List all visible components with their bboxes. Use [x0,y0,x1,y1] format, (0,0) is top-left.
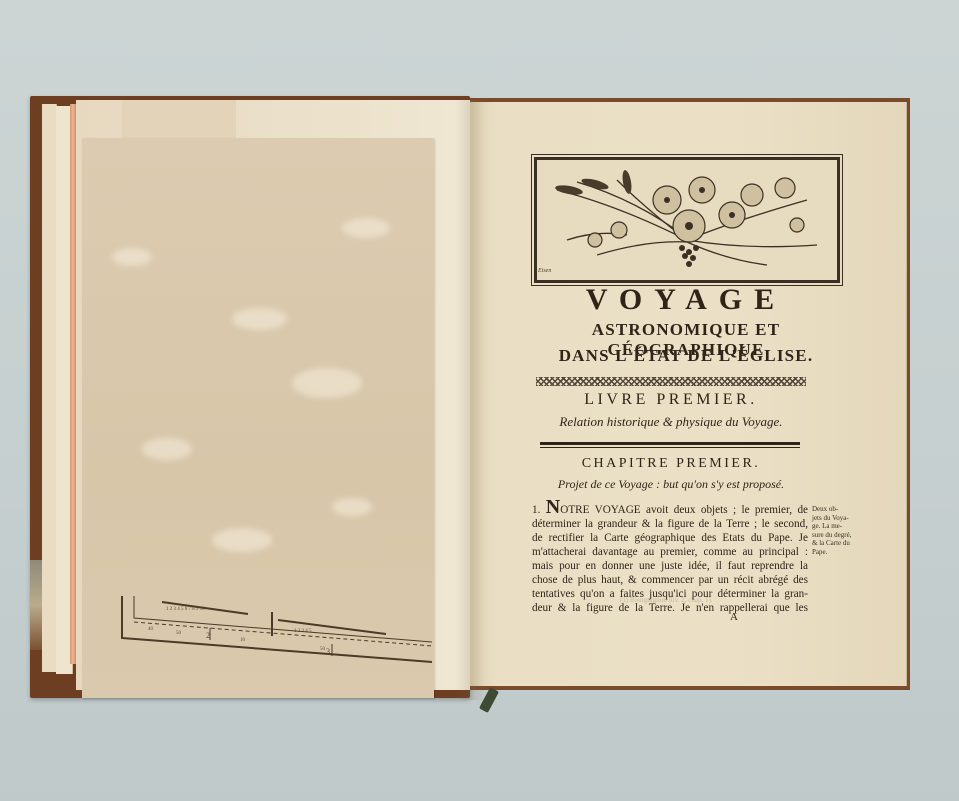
margin-note-line: & la Carte du [812,539,864,548]
foxing-spot [332,498,372,516]
foxing-spot [112,248,152,266]
margin-note: Deux ob- jets du Voya- ge. La me- sure d… [812,505,864,556]
double-rule-divider [540,442,800,448]
title-subtitle-line-2: DANS L'ÉTAT DE L'ÉGLISE. [536,346,836,366]
body-line: déterminer la grandeur & la figure de la… [532,517,808,531]
svg-text:50: 50 [320,647,326,652]
svg-text:40: 40 [148,627,154,632]
gutter-shadow [455,100,485,700]
body-line: mais pour en donner une juste idée, il f… [532,559,808,573]
foxing-spot [342,218,390,238]
floral-headpiece-engraving [534,157,840,283]
svg-text:1 2 3 4 5: 1 2 3 4 5 [294,629,312,634]
margin-note-line: Pape. [812,548,864,557]
margin-note-line: jets du Voya- [812,514,864,523]
svg-text:1 2 3 4 5 6 7 8 9 10: 1 2 3 4 5 6 7 8 9 10 [166,607,205,612]
page-stack-edge [42,104,57,672]
paragraph-number: 1. [532,504,540,516]
svg-text:50: 50 [176,631,182,636]
margin-note-line: sure du degré, [812,531,864,540]
book-subheading: Relation historique & physique du Voyage… [536,414,806,430]
floral-bouquet-icon [537,160,837,280]
body-line: m'attacherai davantage au premier, comme… [532,545,808,559]
engraver-signature: Eisen [538,268,551,274]
chapter-heading: CHAPITRE PREMIER. [536,456,806,472]
printer-signature-mark: A [730,611,738,623]
body-line: chose de plus haut, & commencer par un r… [532,573,808,587]
foxing-spot [292,368,362,398]
scale-bar-graphic: 1 2 3 4 5 6 7 8 9 10 1 2 3 4 5 40 50 2 1… [120,592,432,668]
body-line: 1. NOTRE VOYAGE avoit deux objets ; le p… [532,500,808,517]
foxing-spot [212,528,272,552]
svg-text:3: 3 [326,647,330,656]
foxing-spot [142,438,192,460]
svg-text:2: 2 [206,631,210,640]
svg-text:10: 10 [240,638,246,643]
margin-note-line: Deux ob- [812,505,864,514]
bleed-through-footnote: (1) Bourguignon (liv. 2, chap. 1). [620,596,713,604]
body-line: de rectifier la Carte géographique des E… [532,531,808,545]
chapter-subheading: Projet de ce Voyage : but qu'on s'y est … [536,477,806,492]
margin-note-line: ge. La me- [812,522,864,531]
plate-scale-bars: 1 2 3 4 5 6 7 8 9 10 1 2 3 4 5 40 50 2 1… [120,592,432,668]
plate-fold-strip [122,100,236,141]
drop-cap: N [546,496,560,518]
page-title: VOYAGE [536,283,836,317]
ornamental-rule [536,377,806,386]
book-heading: LIVRE PREMIER. [536,391,806,409]
foxing-spot [232,308,287,330]
